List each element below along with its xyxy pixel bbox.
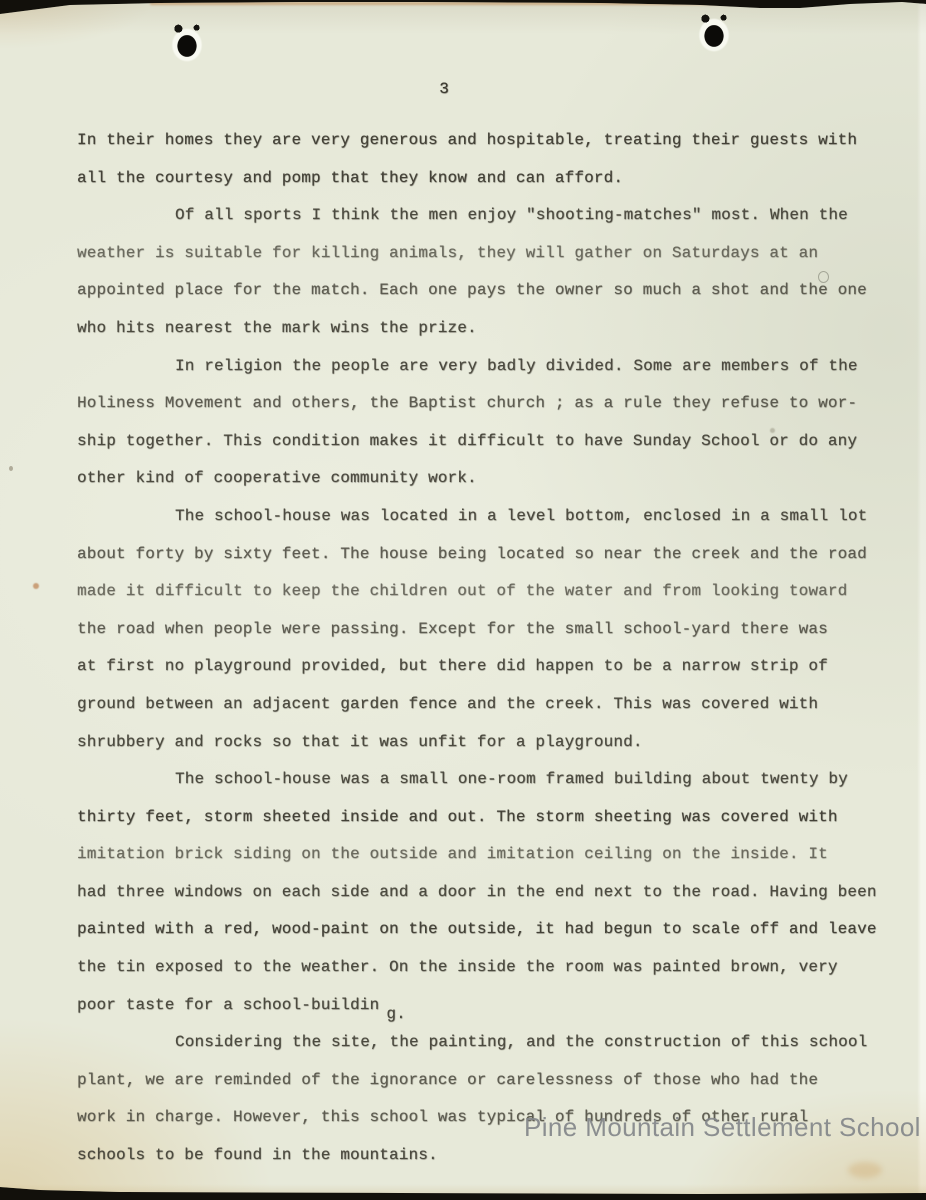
watermark: Pine Mountain Settlement School 2019 — [524, 1112, 926, 1143]
text-line: painted with a red, wood-paint on the ou… — [77, 911, 897, 949]
text-line: Considering the site, the painting, and … — [77, 1024, 897, 1062]
stain-ring — [818, 271, 829, 283]
text-line: weather is suitable for killing animals,… — [77, 235, 897, 273]
text-line: at first no playground provided, but the… — [77, 648, 897, 686]
dropped-character: g. — [386, 1005, 406, 1023]
paper-top-edge-tint — [150, 2, 770, 5]
text-line: thirty feet, storm sheeted inside and ou… — [77, 799, 897, 837]
stain-speck — [33, 583, 39, 589]
text-line: all the courtesy and pomp that they know… — [77, 160, 897, 198]
text-line: ground between an adjacent garden fence … — [77, 686, 897, 724]
punch-hole-right — [690, 11, 738, 59]
text-line: In religion the people are very badly di… — [77, 348, 897, 386]
text-line: poor taste for a school-building. — [77, 987, 897, 1025]
text-line: made it difficult to keep the children o… — [77, 573, 897, 611]
stain-speck — [9, 466, 13, 471]
text-line: who hits nearest the mark wins the prize… — [77, 310, 897, 348]
text-line: about forty by sixty feet. The house bei… — [77, 536, 897, 574]
document-page: 3 In their homes they are very generous … — [0, 0, 926, 1200]
text-line: The school-house was located in a level … — [77, 498, 897, 536]
text-line: Of all sports I think the men enjoy "sho… — [77, 197, 897, 235]
stain-speck — [770, 428, 775, 433]
page-number: 3 — [428, 80, 460, 98]
punch-hole-left — [163, 21, 211, 69]
text-line: the tin exposed to the weather. On the i… — [77, 949, 897, 987]
text-line: In their homes they are very generous an… — [77, 122, 897, 160]
typewritten-text: In their homes they are very generous an… — [77, 122, 897, 1175]
text-line: the road when people were passing. Excep… — [77, 611, 897, 649]
text-line: appointed place for the match. Each one … — [77, 272, 897, 310]
text-line: shrubbery and rocks so that it was unfit… — [77, 724, 897, 762]
text-line: Holiness Movement and others, the Baptis… — [77, 385, 897, 423]
scan-background: { "page": { "number": "3", "watermark": … — [0, 0, 926, 1200]
text-line: other kind of cooperative community work… — [77, 460, 897, 498]
text-line: had three windows on each side and a doo… — [77, 874, 897, 912]
text-line: imitation brick siding on the outside an… — [77, 836, 897, 874]
text-line: The school-house was a small one-room fr… — [77, 761, 897, 799]
text-line: plant, we are reminded of the ignorance … — [77, 1062, 897, 1100]
stain-blot — [848, 1162, 882, 1178]
